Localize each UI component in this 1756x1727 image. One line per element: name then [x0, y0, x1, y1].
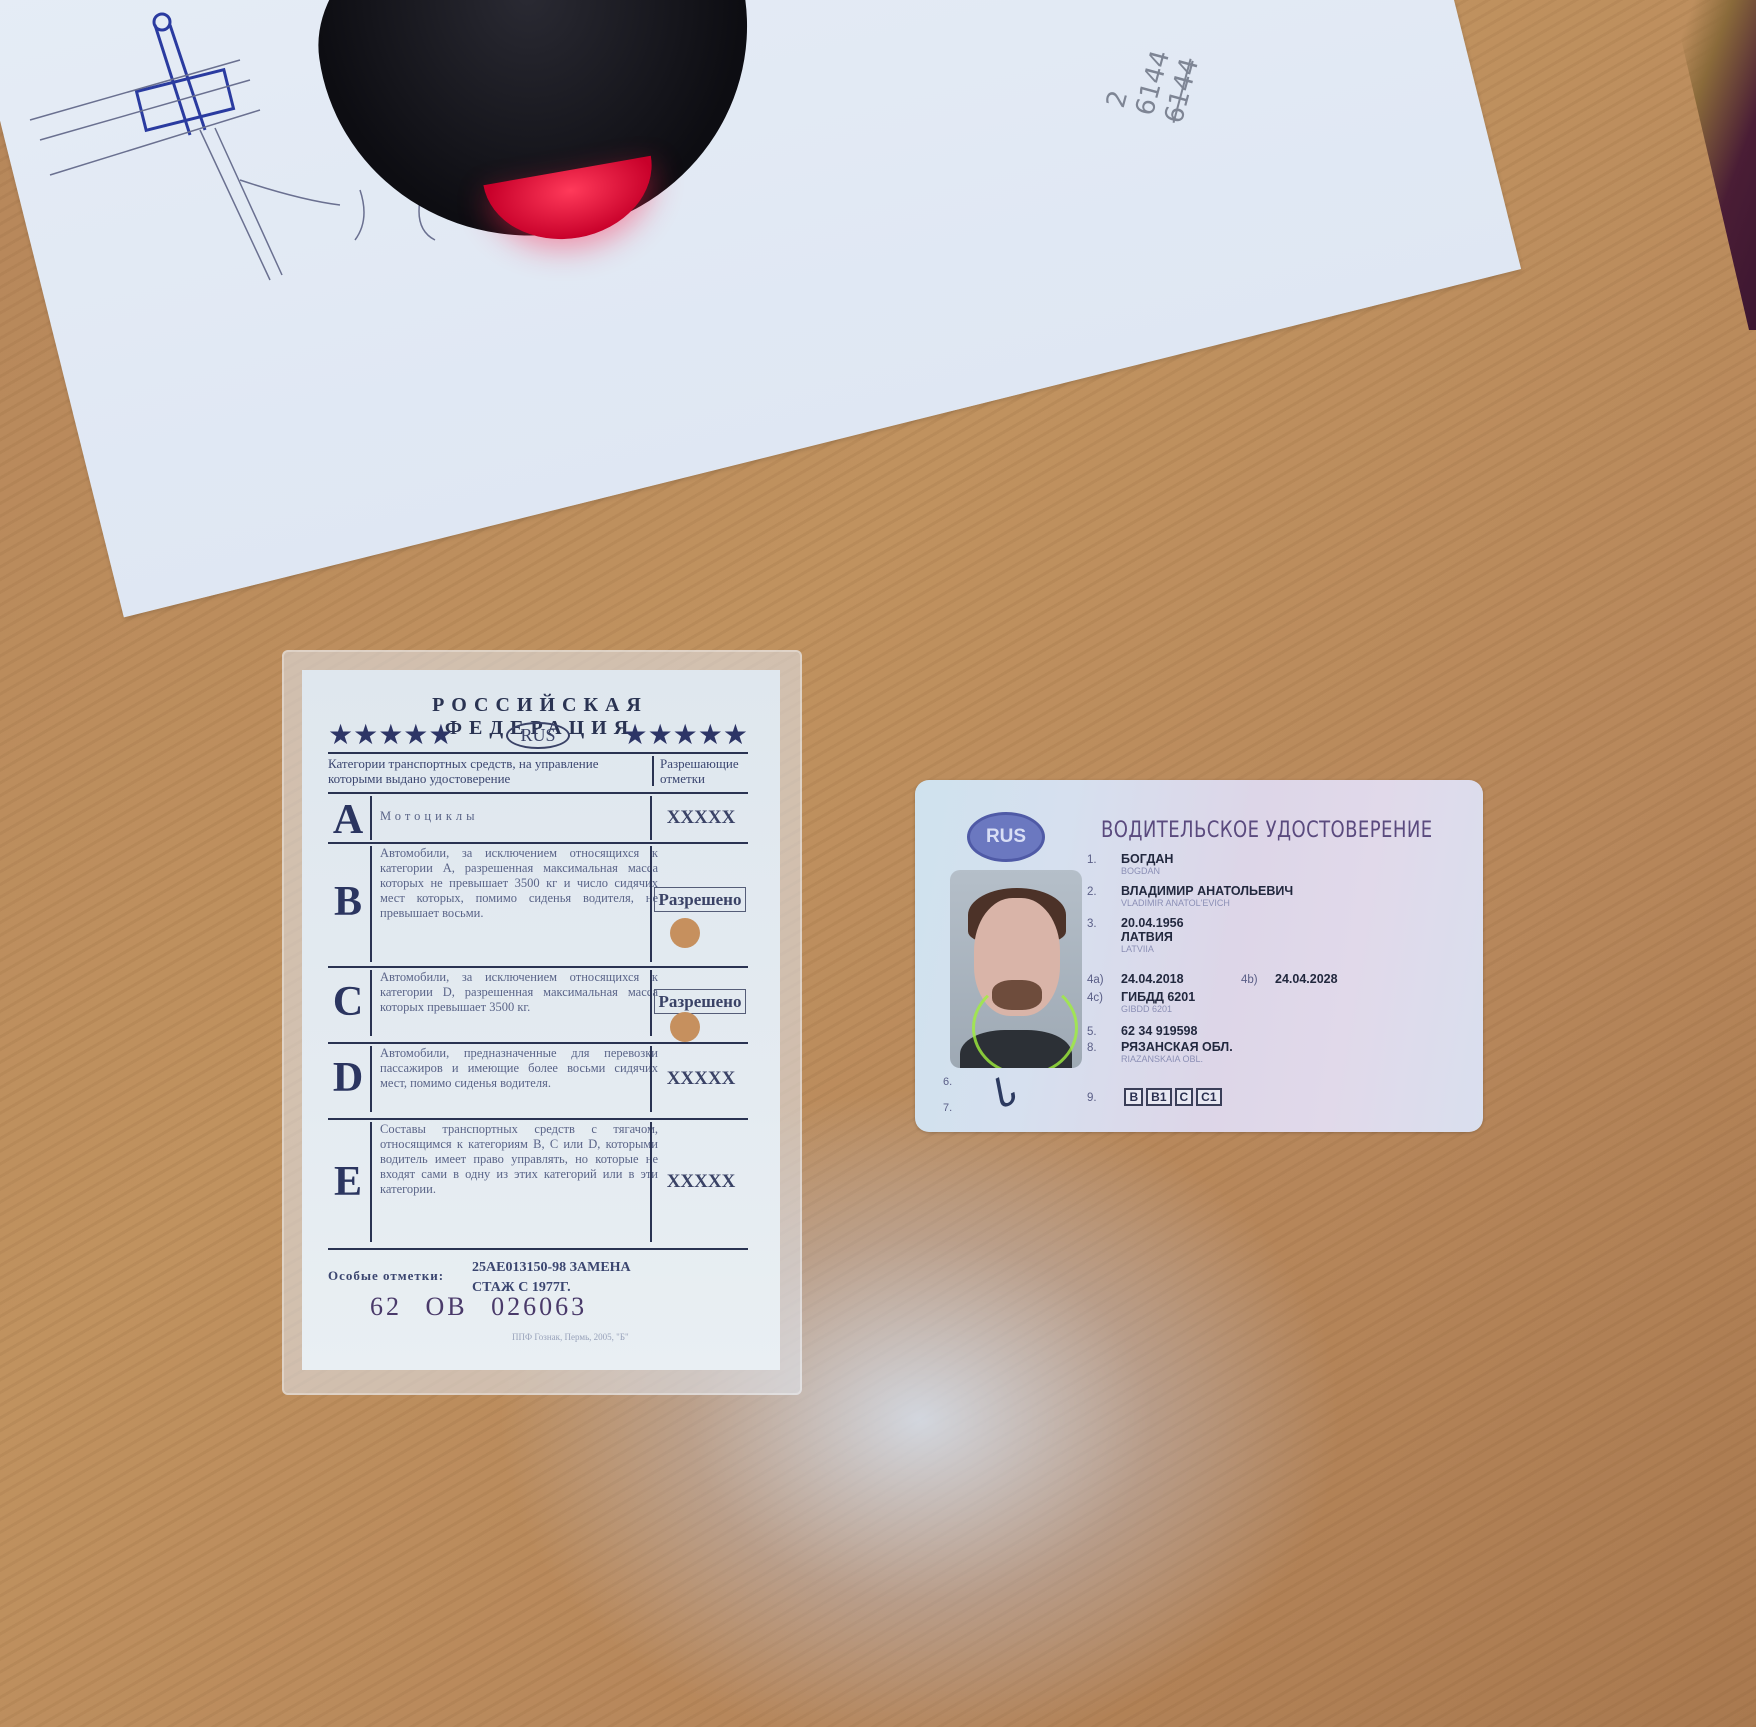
field-expiry-date: 4b)24.04.2028: [1241, 972, 1338, 986]
field-given-names: 2.ВЛАДИМИР АНАТОЛЬЕВИЧ VLADIMIR ANATOL'E…: [1087, 884, 1293, 908]
rus-emblem: RUS: [506, 722, 569, 749]
hologram: [972, 980, 1078, 1068]
permitted-stamp: Разрешено: [654, 989, 747, 1014]
holder-photo: [950, 870, 1082, 1068]
stars-right-icon: ★★★★★: [622, 718, 748, 752]
new-driver-license-card: RUS ВОДИТЕЛЬСКОЕ УДОСТОВЕРЕНИЕ 1.БОГДАН …: [915, 780, 1483, 1132]
punch-hole: [670, 1012, 700, 1042]
field-birth: 3.20.04.1956 ЛАТВИЯ LATVIIA: [1087, 916, 1184, 954]
special-marks-label: Особые отметки:: [328, 1268, 444, 1284]
divider: [328, 842, 748, 844]
divider: [328, 792, 748, 794]
punch-hole: [670, 918, 700, 948]
stars-row: ★★★★★ RUS ★★★★★: [328, 718, 748, 752]
category-row-e: E Составы транспортных средств с тягачом…: [328, 1122, 748, 1246]
header-marks: Разрешающие отметки: [652, 756, 755, 786]
field-surname: 1.БОГДАН BOGDAN: [1087, 852, 1173, 876]
rus-emblem: RUS: [967, 812, 1045, 862]
category-boxes: B B1 C C1: [1124, 1088, 1221, 1106]
divider: [328, 1248, 748, 1250]
permitted-stamp: Разрешено: [654, 887, 747, 912]
printer-imprint: ППФ Гознак, Пермь, 2005, "Б": [512, 1332, 629, 1342]
signature-icon: Ꮣ: [984, 1068, 1022, 1118]
header-categories: Категории транспортных средств, на управ…: [328, 756, 648, 786]
license-serial-number: 62 ОВ 026063: [370, 1292, 587, 1322]
field-issue-date: 4a)24.04.2018: [1087, 972, 1184, 986]
label-7: 7.: [943, 1102, 952, 1114]
divider: [328, 752, 748, 754]
field-region: 8.РЯЗАНСКАЯ ОБЛ. RIAZANSKAIA OBL.: [1087, 1040, 1233, 1064]
old-driver-license: РОССИЙСКАЯ ФЕДЕРАЦИЯ ★★★★★ RUS ★★★★★ Кат…: [302, 670, 780, 1370]
field-categories: 9. B B1 C C1: [1087, 1088, 1222, 1106]
category-row-d: D Автомобили, предназначенные для перево…: [328, 1046, 748, 1116]
stars-left-icon: ★★★★★: [328, 718, 454, 752]
card-title: ВОДИТЕЛЬСКОЕ УДОСТОВЕРЕНИЕ: [1101, 818, 1433, 843]
divider: [328, 1118, 748, 1120]
divider: [328, 1042, 748, 1044]
divider: [328, 966, 748, 968]
field-license-number: 5.62 34 919598: [1087, 1024, 1197, 1038]
field-authority: 4c)ГИБДД 6201 GIBDD 6201: [1087, 990, 1195, 1014]
category-row-a: A Мотоциклы XXXXX: [328, 796, 748, 844]
label-6: 6.: [943, 1076, 952, 1088]
